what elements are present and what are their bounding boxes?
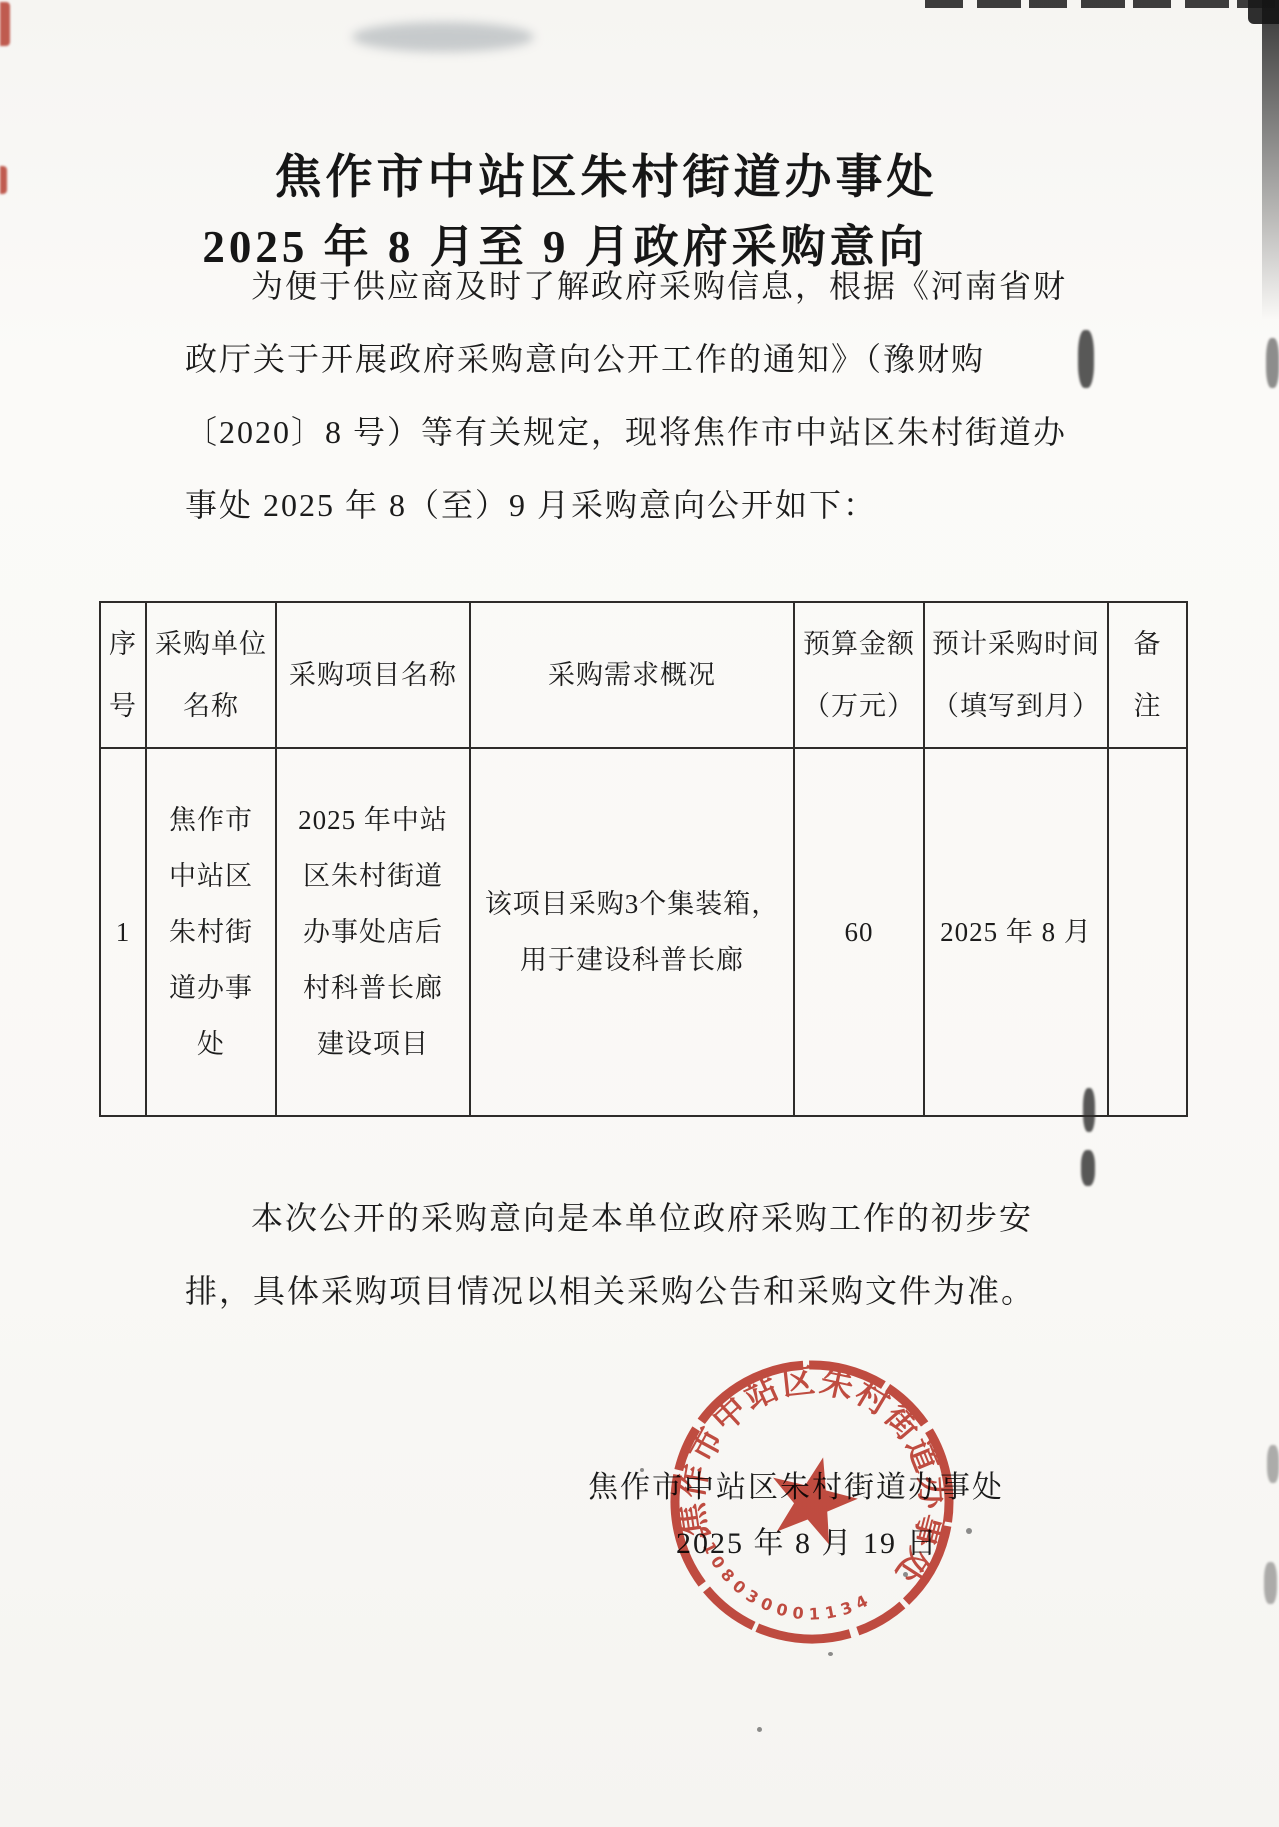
cell-seq-no: 1: [101, 749, 147, 1115]
header-budget: 预算金额 （万元）: [795, 603, 925, 749]
cell-purchase-time: 2025 年 8 月: [925, 749, 1109, 1115]
header-purchase-time: 预计采购时间 （填写到月）: [925, 603, 1109, 749]
scan-artifact-red-mark: [0, 2, 10, 46]
closing-paragraph: 本次公开的采购意向是本单位政府采购工作的初步安 排，具体采购项目情况以相关采购公…: [185, 1182, 1115, 1328]
header-seq-no: 序 号: [101, 603, 147, 749]
intro-paragraph: 为便于供应商及时了解政府采购信息，根据《河南省财 政厅关于开展政府采购意向公开工…: [185, 250, 1115, 542]
intro-line: 〔2020〕8 号）等有关规定，现将焦作市中站区朱村街道办: [185, 396, 1115, 469]
svg-text:4108030001134: 4108030001134: [678, 1520, 886, 1641]
closing-line: 本次公开的采购意向是本单位政府采购工作的初步安: [185, 1182, 1115, 1255]
scan-artifact-mark: [1267, 1445, 1279, 1483]
header-project-name: 采购项目名称: [277, 603, 471, 749]
header-remark: 备 注: [1109, 603, 1186, 749]
intro-line: 事处 2025 年 8（至）9 月采购意向公开如下：: [185, 469, 1115, 542]
scan-artifact-mark: [1264, 1562, 1277, 1604]
closing-line: 排，具体采购项目情况以相关采购公告和采购文件为准。: [185, 1255, 1115, 1328]
procurement-table: 序 号 采购单位 名称 采购项目名称 采购需求概况 预算金额 （万元） 预计采购…: [99, 601, 1188, 1117]
scan-artifact-top-strip: [925, 0, 1279, 8]
scan-artifact-speck: [966, 1528, 972, 1534]
scan-artifact-smudge: [352, 22, 534, 52]
cell-unit-name: 焦作市中站区朱村街道办事处: [147, 749, 277, 1115]
cell-project-name: 2025 年中站区朱村街道办事处店后村科普长廊建设项目: [277, 749, 471, 1115]
intro-line: 为便于供应商及时了解政府采购信息，根据《河南省财: [185, 250, 1115, 323]
scan-artifact-corner: [1248, 0, 1279, 24]
header-demand-summary: 采购需求概况: [471, 603, 795, 749]
cell-remark: [1109, 749, 1186, 1115]
scan-artifact-right-edge: [1262, 0, 1279, 320]
seal-star-icon: [761, 1447, 866, 1549]
header-unit-name: 采购单位 名称: [147, 603, 277, 749]
official-seal-stamp: 焦作市中站区朱村街道办事处 4108030001134: [630, 1320, 994, 1684]
cell-demand-summary: 该项目采购3个集装箱，用于建设科普长廊: [471, 749, 795, 1115]
intro-line: 政厅关于开展政府采购意向公开工作的通知》（豫财购: [185, 323, 1115, 396]
document-title-line1: 焦作市中站区朱村街道办事处: [0, 140, 1212, 207]
cell-budget: 60: [795, 749, 925, 1115]
scanned-document-page: 焦作市中站区朱村街道办事处 2025 年 8 月至 9 月政府采购意向 为便于供…: [0, 0, 1279, 1827]
scan-artifact-mark: [1266, 338, 1279, 388]
scan-artifact-speck: [757, 1727, 762, 1732]
seal-code-text: 4108030001134: [678, 1520, 886, 1641]
scan-artifact-mark: [1081, 1150, 1095, 1186]
